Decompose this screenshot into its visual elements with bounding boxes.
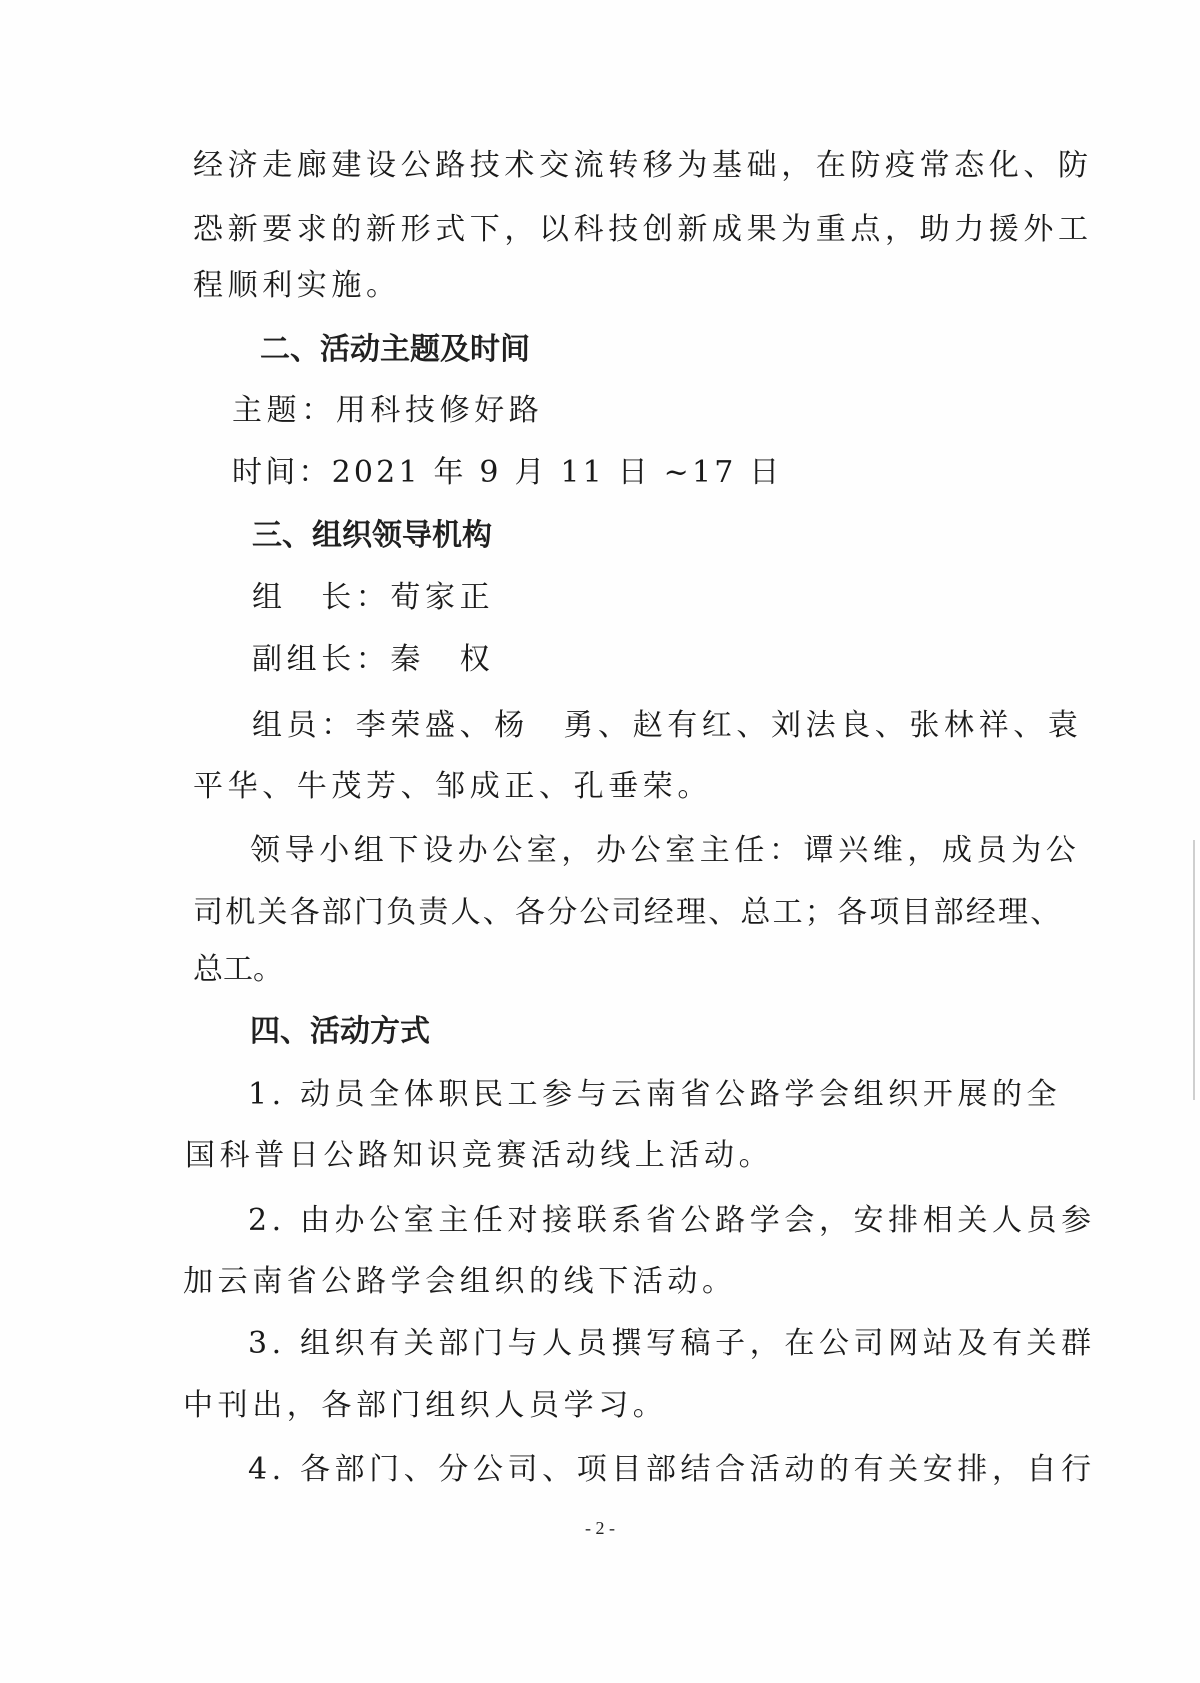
office-line-3: 总工。 bbox=[0, 950, 1200, 990]
office-line-1: 领导小组下设办公室，办公室主任：谭兴维，成员为公 bbox=[0, 831, 1200, 871]
document-page: 经济走廊建设公路技术交流转移为基础，在防疫常态化、防 恐新要求的新形式下，以科技… bbox=[0, 0, 1200, 1683]
intro-line-2: 恐新要求的新形式下，以科技创新成果为重点，助力援外工 bbox=[0, 210, 1200, 250]
method-item-4-line-1: 4. 各部门、分公司、项目部结合活动的有关安排，自行 bbox=[0, 1450, 1200, 1490]
intro-line-3: 程顺利实施。 bbox=[0, 266, 1200, 306]
page-number: - 2 - bbox=[0, 1518, 1200, 1539]
members-line-1: 组员：李荣盛、杨 勇、赵有红、刘法良、张林祥、袁 bbox=[0, 706, 1200, 746]
section-heading-theme-time: 二、活动主题及时间 bbox=[0, 330, 1200, 370]
intro-line-1: 经济走廊建设公路技术交流转移为基础，在防疫常态化、防 bbox=[0, 146, 1200, 186]
method-item-1-line-2: 国科普日公路知识竞赛活动线上活动。 bbox=[0, 1136, 1200, 1176]
group-leader-line: 组 长：荀家正 bbox=[0, 578, 1200, 618]
method-item-3-line-2: 中刊出，各部门组织人员学习。 bbox=[0, 1386, 1200, 1426]
theme-line: 主题：用科技修好路 bbox=[0, 391, 1200, 431]
method-item-1-line-1: 1. 动员全体职民工参与云南省公路学会组织开展的全 bbox=[0, 1075, 1200, 1115]
members-line-2: 平华、牛茂芳、邹成正、孔垂荣。 bbox=[0, 767, 1200, 807]
time-line: 时间：2021 年 9 月 11 日 ~17 日 bbox=[0, 453, 1200, 493]
deputy-leader-line: 副组长：秦 权 bbox=[0, 640, 1200, 680]
method-item-2-line-2: 加云南省公路学会组织的线下活动。 bbox=[0, 1262, 1200, 1302]
section-heading-activity-methods: 四、活动方式 bbox=[0, 1012, 1200, 1052]
method-item-3-line-1: 3. 组织有关部门与人员撰写稿子，在公司网站及有关群 bbox=[0, 1324, 1200, 1364]
office-line-2: 司机关各部门负责人、各分公司经理、总工；各项目部经理、 bbox=[0, 893, 1200, 933]
section-heading-organization: 三、组织领导机构 bbox=[0, 516, 1200, 556]
method-item-2-line-1: 2. 由办公室主任对接联系省公路学会，安排相关人员参 bbox=[0, 1201, 1200, 1241]
